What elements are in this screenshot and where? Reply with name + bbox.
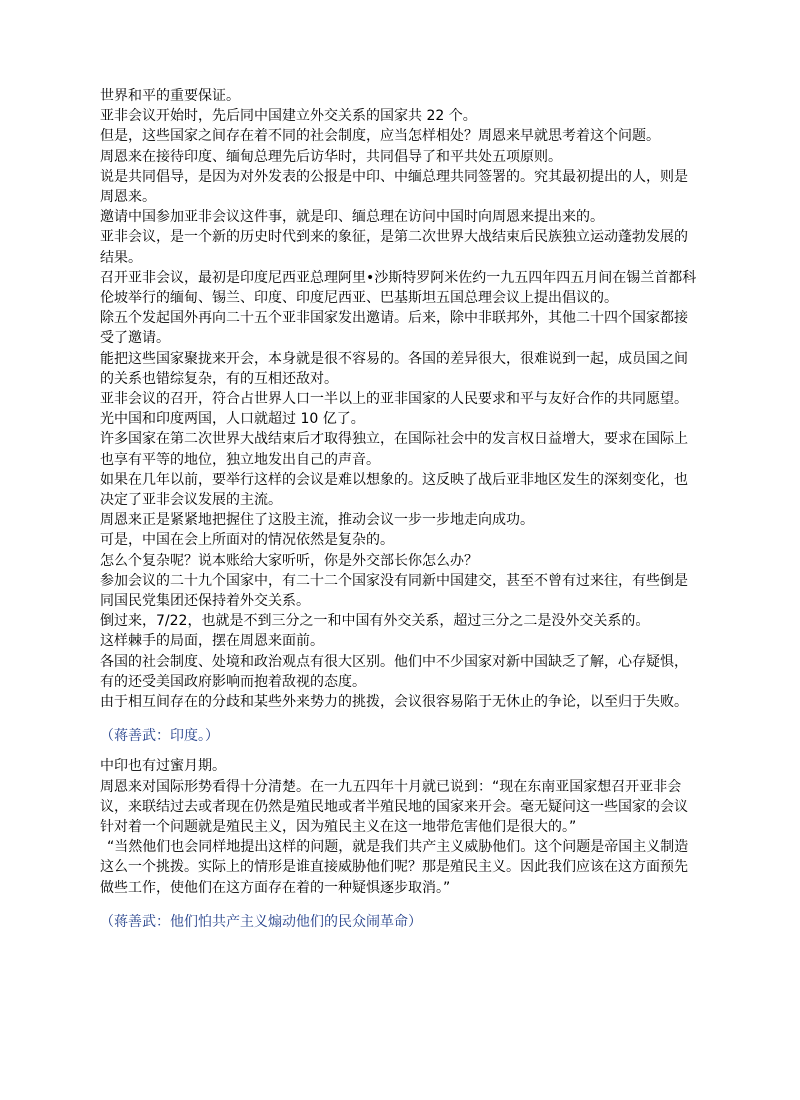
paragraph: 除五个发起国外再向二十五个亚非国家发出邀请。后来，除中非联邦外，其他二十四个国家…	[100, 308, 700, 348]
paragraph: 倒过来，7/22，也就是不到三分之一和中国有外交关系，超过三分之二是没外交关系的…	[100, 611, 700, 631]
paragraph: 周恩来正是紧紧地把握住了这股主流，推动会议一步一步地走向成功。	[100, 510, 700, 530]
paragraph: 召开亚非会议，最初是印度尼西亚总理阿里•沙斯特罗阿米佐约一九五四年四五月间在锡兰…	[100, 268, 700, 308]
paragraph: 许多国家在第二次世界大战结束后才取得独立，在国际社会中的发言权日益增大，要求在国…	[100, 429, 700, 469]
paragraph: 可是，中国在会上所面对的情况依然是复杂的。	[100, 530, 700, 550]
paragraph-quote: “当然他们也会同样地提出这样的问题，就是我们共产主义威胁他们。这个问题是帝国主义…	[100, 837, 700, 898]
paragraph: 光中国和印度两国，人口就超过 10 亿了。	[100, 409, 700, 429]
paragraph: 由于相互间存在的分歧和某些外来势力的挑拨，会议很容易陷于无休止的争论，以至归于失…	[100, 692, 700, 712]
annotation-note: （蒋善武：印度。）	[100, 726, 700, 746]
paragraph: 各国的社会制度、处境和政治观点有很大区别。他们中不少国家对新中国缺乏了解，心存疑…	[100, 652, 700, 692]
paragraph: 如果在几年以前，要举行这样的会议是难以想象的。这反映了战后亚非地区发生的深刻变化…	[100, 470, 700, 510]
paragraph: 中印也有过蜜月期。	[100, 756, 700, 776]
paragraph: 参加会议的二十九个国家中，有二十二个国家没有同新中国建交，甚至不曾有过来往，有些…	[100, 571, 700, 611]
document-page: 世界和平的重要保证。 亚非会议开始时，先后同中国建立外交关系的国家共 22 个。…	[100, 86, 700, 942]
annotation-note: （蒋善武：他们怕共产主义煽动他们的民众闹革命）	[100, 912, 700, 932]
paragraph: 怎么个复杂呢？说本账给大家听听，你是外交部长你怎么办？	[100, 551, 700, 571]
paragraph: 能把这些国家聚拢来开会，本身就是很不容易的。各国的差异很大，很难说到一起，成员国…	[100, 349, 700, 389]
paragraph: 周恩来对国际形势看得十分清楚。在一九五四年十月就已说到：“现在东南亚国家想召开亚…	[100, 777, 700, 838]
paragraph: 邀请中国参加亚非会议这件事，就是印、缅总理在访问中国时向周恩来提出来的。	[100, 207, 700, 227]
paragraph: 说是共同倡导，是因为对外发表的公报是中印、中缅总理共同签署的。究其最初提出的人，…	[100, 167, 700, 207]
paragraph: 但是，这些国家之间存在着不同的社会制度，应当怎样相处？周恩来早就思考着这个问题。	[100, 126, 700, 146]
paragraph: 世界和平的重要保证。	[100, 86, 700, 106]
paragraph: 周恩来在接待印度、缅甸总理先后访华时，共同倡导了和平共处五项原则。	[100, 147, 700, 167]
paragraph: 亚非会议的召开，符合占世界人口一半以上的亚非国家的人民要求和平与友好合作的共同愿…	[100, 389, 700, 409]
paragraph: 这样棘手的局面，摆在周恩来面前。	[100, 631, 700, 651]
paragraph: 亚非会议，是一个新的历史时代到来的象征，是第二次世界大战结束后民族独立运动蓬勃发…	[100, 227, 700, 267]
paragraph: 亚非会议开始时，先后同中国建立外交关系的国家共 22 个。	[100, 106, 700, 126]
